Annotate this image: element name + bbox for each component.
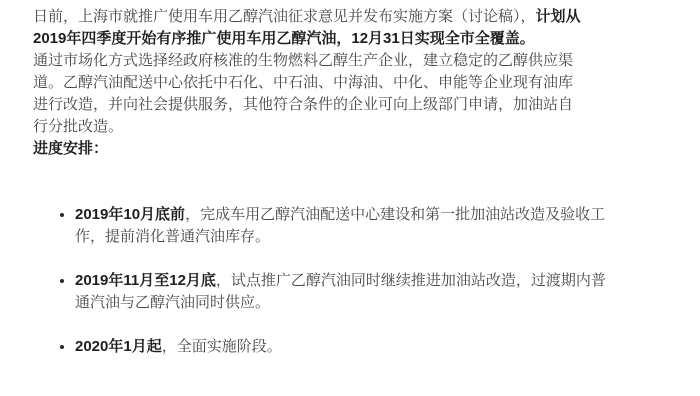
article-body: 日前，上海市就推广使用车用乙醇汽油征求意见并发布实施方案（讨论稿），计划从201… [0,0,620,358]
schedule-list: 2019年10月底前，完成车用乙醇汽油配送中心建设和第一批加油站改造及验收工作，… [33,204,615,358]
schedule-item-text: ，全面实施阶段。 [162,338,282,355]
schedule-item-date: 2019年11月至12月底 [75,272,216,289]
schedule-heading: 进度安排： [33,138,585,160]
intro-regular-text: 日前，上海市就推广使用车用乙醇汽油征求意见并发布实施方案（讨论稿）， [33,8,536,25]
schedule-item-nov-dec-2019: 2019年11月至12月底，试点推广乙醇汽油同时继续推进加油站改造，过渡期内普通… [75,270,615,314]
supply-paragraph: 通过市场化方式选择经政府核准的生物燃料乙醇生产企业，建立稳定的乙醇供应渠道。乙醇… [33,50,585,138]
schedule-item-jan-2020: 2020年1月起，全面实施阶段。 [75,336,615,358]
schedule-item-date: 2020年1月起 [75,338,162,355]
schedule-item-date: 2019年10月底前 [75,206,185,223]
schedule-item-oct-2019: 2019年10月底前，完成车用乙醇汽油配送中心建设和第一批加油站改造及验收工作，… [75,204,615,248]
intro-paragraph: 日前，上海市就推广使用车用乙醇汽油征求意见并发布实施方案（讨论稿），计划从201… [33,6,585,50]
